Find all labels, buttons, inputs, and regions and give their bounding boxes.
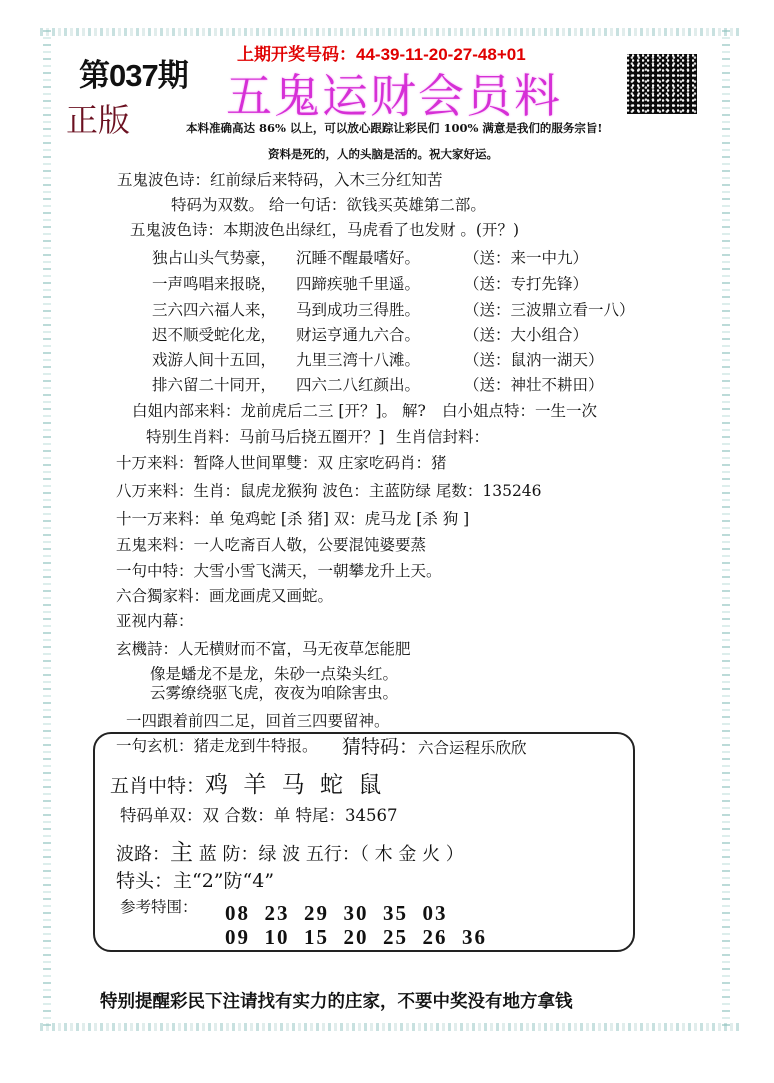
ref-label: 参考特围： — [120, 895, 198, 917]
wave-label: 波路： — [116, 844, 170, 865]
guess-special: 猜特码：六合运程乐欣欣 — [342, 732, 527, 759]
sister-point: 白小姐点特：一生一次 — [442, 399, 597, 421]
watermark-border-left — [43, 30, 51, 1030]
slogan-accuracy: 本料准确高达 86% 以上，可以放心跟踪让彩民们 100% 满意是我们的服务宗旨… — [186, 120, 602, 136]
poem-line-c: （送：三波鼎立看一八） — [464, 298, 635, 320]
zodiac-letter: 生肖信封料： — [396, 425, 489, 447]
poem-line-a: 迟不顺受蛇化龙， — [152, 323, 276, 345]
poem-line-b: 马到成功三得胜。 — [296, 298, 420, 320]
ref-numbers-row-2: 09 10 15 20 25 26 36 — [225, 925, 487, 950]
mystery-last: 一四跟着前四二足，回首三四要留神。 — [126, 709, 390, 731]
poem-line-b: 四蹄疾驰千里遥。 — [296, 272, 420, 294]
watermark-border-right — [722, 30, 730, 1030]
poem-line-a: 排六留二十同开， — [152, 373, 276, 395]
riddle: 一句玄机：猪走龙到牛特报。 — [116, 734, 318, 756]
poem-line-b: 九里三湾十八滩。 — [296, 348, 420, 370]
edition-label: 正版 — [66, 95, 130, 141]
hundred-k: 十万来料：暂降人世间單雙：双 — [116, 451, 333, 473]
five-zodiac: 五肖中特：鸡 羊 马 蛇 鼠 — [110, 766, 385, 799]
asia-tv: 亚视内幕： — [116, 609, 194, 631]
five-ghost: 五鬼来料：一人吃斋百人敬，公要混饨婆要蒸 — [116, 533, 426, 555]
mystery-poem: 玄機詩：人无横财而不富，马无夜草怎能肥 — [116, 637, 411, 659]
poem-line-b: 沉睡不醒最嗜好。 — [296, 246, 420, 268]
sister-inside: 白姐内部来料：龙前虎后二三 [开？]。 解? — [132, 399, 426, 421]
poem-line-a: 一声鸣唱来报晓， — [152, 272, 276, 294]
special-head: 特头：主“2”防“4” — [116, 866, 274, 893]
poem-line-c: （送：大小组合） — [464, 323, 588, 345]
liuhe-exclusive: 六合獨家料：画龙画虎又画蛇。 — [116, 584, 333, 606]
eighty-k: 八万来料：生肖：鼠虎龙猴狗 波色：主蓝防绿 尾数：135246 — [116, 479, 542, 501]
guess-value: 六合运程乐欣欣 — [418, 739, 527, 757]
house-eats: 庄家吃码肖：猪 — [338, 451, 447, 473]
footer-warning: 特别提醒彩民下注请找有实力的庄家，不要中奖没有地方拿钱 — [100, 988, 573, 1013]
guess-label: 猜特码： — [342, 736, 418, 758]
wave-main: 主 — [170, 840, 193, 866]
qr-code-icon — [627, 54, 697, 114]
poem-line-c: （送：专打先锋） — [464, 272, 588, 294]
wave-poem-1: 五鬼波色诗：红前绿后来特码，入木三分红知苦 — [117, 168, 443, 190]
odd-even: 特码单双：双 合数：单 特尾：34567 — [120, 802, 397, 826]
special-even: 特码为双数。 给一句话：欲钱买英雄第二部。 — [171, 193, 486, 215]
watermark-border-bottom — [40, 1023, 740, 1031]
poem-line-a: 戏游人间十五回， — [152, 348, 276, 370]
poem-line-a: 三六四六福人来， — [152, 298, 276, 320]
wave-poem-2: 五鬼波色诗：本期波色出绿红，马虎看了也发财 。(开？) — [130, 218, 519, 240]
issue-number: 第037期 — [79, 50, 188, 95]
poem-line-a: 独占山头气势豪， — [152, 246, 276, 268]
five-zodiac-label: 五肖中特： — [110, 775, 205, 797]
poem-line-c: （送：来一中九） — [464, 246, 588, 268]
mystery-line-1: 像是蟠龙不是龙，朱砂一点染头红。 — [150, 665, 398, 684]
mystery-line-2: 云雾缭绕驱飞虎，夜夜为咱除害虫。 — [150, 684, 398, 703]
page-title: 五鬼运财会员料 — [226, 60, 562, 126]
five-zodiac-value: 鸡 羊 马 蛇 鼠 — [205, 772, 385, 798]
poem-line-b: 财运亨通九六合。 — [296, 323, 420, 345]
zodiac-special: 特别生肖料：马前马后挠五圈开？] — [146, 425, 385, 447]
ref-numbers-row-1: 08 23 29 30 35 03 — [225, 901, 448, 926]
wave-route: 波路：主 蓝 防：绿 波 五行：（ 木 金 火 ） — [116, 834, 464, 867]
one-ten-k: 十一万来料：单 兔鸡蛇 [杀 猪] 双：虎马龙 [杀 狗 ] — [116, 507, 469, 529]
poem-line-b: 四六二八红颜出。 — [296, 373, 420, 395]
one-sentence: 一句中特：大雪小雪飞满天，一朝攀龙升上天。 — [116, 559, 442, 581]
watermark-border-top — [40, 28, 740, 36]
poem-line-c: （送：鼠汭一湖天） — [464, 348, 604, 370]
poem-line-c: （送：神壮不耕田） — [464, 373, 604, 395]
wave-rest: 蓝 防：绿 波 五行：（ 木 金 火 ） — [193, 844, 464, 865]
slogan-luck: 资料是死的，人的头脑是活的。祝大家好运。 — [268, 146, 498, 162]
